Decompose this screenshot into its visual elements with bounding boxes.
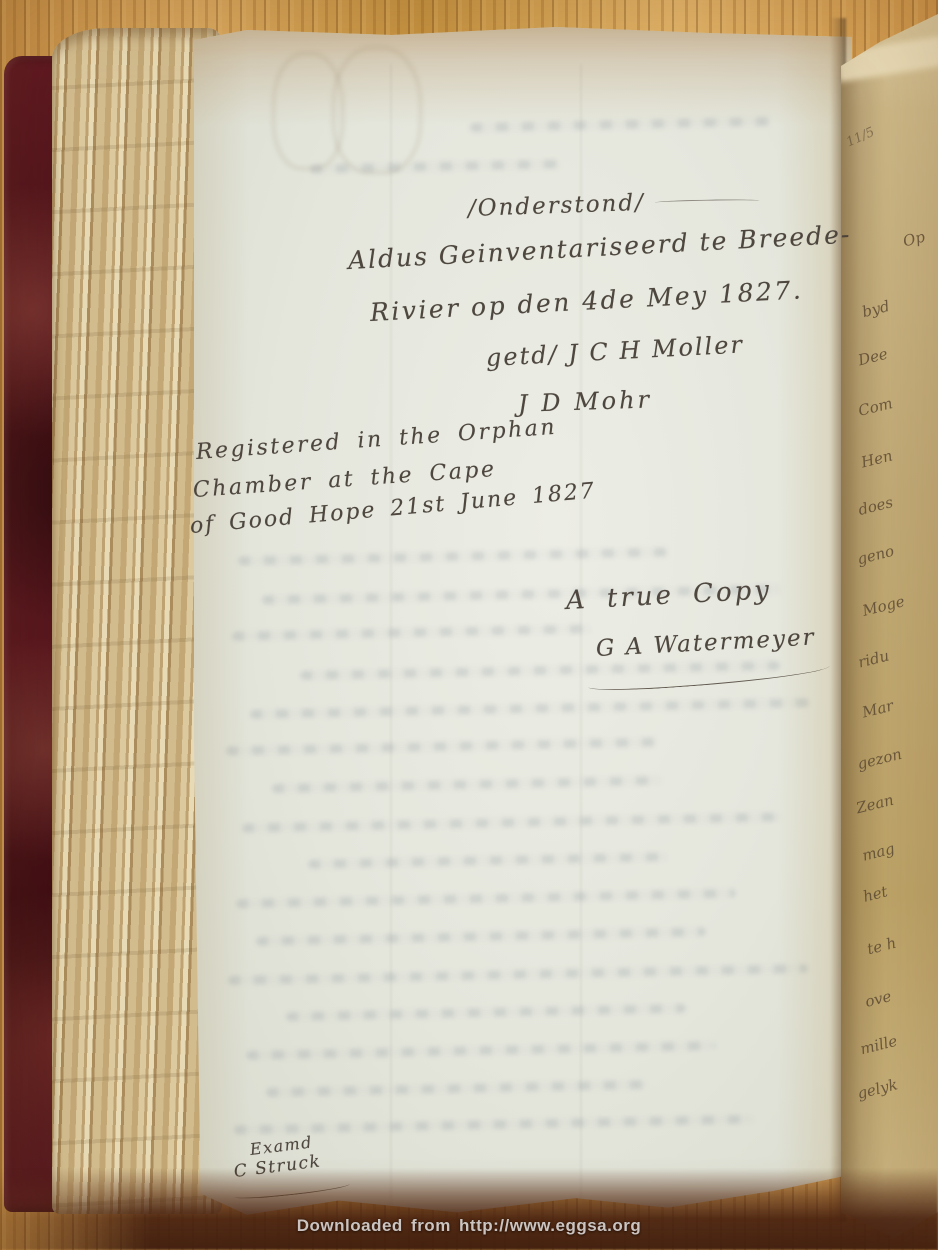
emboss-mark	[332, 46, 422, 174]
next-page-leaf	[841, 0, 938, 1244]
pen-flourish	[655, 199, 760, 205]
inventory-signature-mohr: J D Mohr	[518, 385, 653, 418]
watermark-text: Downloaded from http://www.eggsa.org	[0, 1216, 938, 1236]
archival-book-photo: /Onderstond/ Aldus Geinventariseerd te B…	[0, 0, 938, 1250]
table-shadow	[0, 1168, 938, 1250]
